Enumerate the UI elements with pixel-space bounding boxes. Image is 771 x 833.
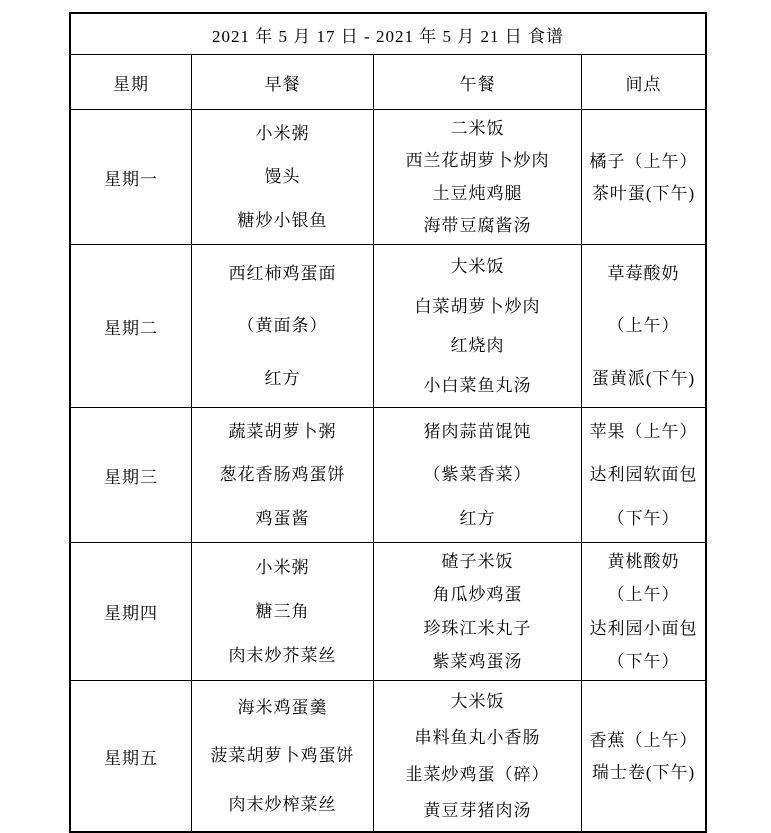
menu-item-line: 鸡蛋酱 — [256, 509, 310, 528]
snack-cell: 苹果（上午）达利园软面包（下午） — [582, 408, 705, 542]
menu-item-line: 茶叶蛋(下午) — [592, 184, 695, 203]
breakfast-cell: 海米鸡蛋羹菠菜胡萝卜鸡蛋饼肉末炒榨菜丝 — [192, 681, 374, 831]
menu-row-thursday: 星期四 小米粥糖三角肉末炒芥菜丝 碴子米饭角瓜炒鸡蛋珍珠江米丸子紫菜鸡蛋汤 黄桃… — [71, 543, 705, 681]
menu-item-line: 糖炒小银鱼 — [238, 211, 328, 230]
menu-item-line: 海带豆腐酱汤 — [424, 216, 532, 235]
header-snack: 间点 — [582, 55, 705, 109]
header-breakfast: 早餐 — [192, 55, 374, 109]
menu-item-line: 小米粥 — [256, 558, 310, 577]
lunch-cell: 大米饭串料鱼丸小香肠韭菜炒鸡蛋（碎）黄豆芽猪肉汤 — [374, 681, 582, 831]
menu-item-line: 角瓜炒鸡蛋 — [433, 585, 523, 604]
menu-item-line: 红方 — [265, 369, 301, 388]
header-lunch: 午餐 — [374, 55, 582, 109]
date-range-title: 2021 年 5 月 17 日 - 2021 年 5 月 21 日 食谱 — [212, 22, 564, 47]
menu-item-line: 达利园软面包 — [590, 465, 698, 484]
menu-item-line: 菠菜胡萝卜鸡蛋饼 — [211, 746, 355, 765]
menu-row-tuesday: 星期二 西红柿鸡蛋面（黄面条）红方 大米饭白菜胡萝卜炒肉红烧肉小白菜鱼丸汤 草莓… — [71, 245, 705, 408]
menu-item-line: 葱花香肠鸡蛋饼 — [220, 465, 346, 484]
lunch-cell: 二米饭西兰花胡萝卜炒肉土豆炖鸡腿海带豆腐酱汤 — [374, 110, 582, 244]
page: { "title": "2021 年 5 月 17 日 - 2021 年 5 月… — [0, 0, 771, 833]
menu-item-line: （紫菜香菜） — [424, 465, 532, 484]
breakfast-cell: 蔬菜胡萝卜粥葱花香肠鸡蛋饼鸡蛋酱 — [192, 408, 374, 542]
menu-item-line: 蛋黄派(下午) — [592, 369, 695, 388]
snack-cell: 黄桃酸奶（上午）达利园小面包（下午） — [582, 543, 705, 680]
lunch-cell: 猪肉蒜苗馄饨（紫菜香菜）红方 — [374, 408, 582, 542]
menu-item-line: 糖三角 — [256, 602, 310, 621]
day-cell: 星期四 — [71, 543, 192, 680]
menu-item-line: （黄面条） — [238, 316, 328, 335]
menu-item-line: 馒头 — [265, 167, 301, 186]
day-cell: 星期三 — [71, 408, 192, 542]
menu-item-line: 白菜胡萝卜炒肉 — [415, 297, 541, 316]
snack-cell: 香蕉（上午）瑞士卷(下午) — [582, 681, 705, 831]
menu-item-line: 草莓酸奶 — [608, 264, 680, 283]
lunch-cell: 碴子米饭角瓜炒鸡蛋珍珠江米丸子紫菜鸡蛋汤 — [374, 543, 582, 680]
menu-item-line: 小白菜鱼丸汤 — [424, 376, 532, 395]
menu-item-line: 韭菜炒鸡蛋（碎） — [406, 765, 550, 784]
menu-item-line: 大米饭 — [451, 257, 505, 276]
menu-item-line: 大米饭 — [451, 692, 505, 711]
menu-item-line: 蔬菜胡萝卜粥 — [229, 422, 337, 441]
breakfast-cell: 西红柿鸡蛋面（黄面条）红方 — [192, 245, 374, 407]
menu-item-line: 二米饭 — [451, 119, 505, 138]
menu-item-line: 黄桃酸奶 — [608, 552, 680, 571]
table-title-row: 2021 年 5 月 17 日 - 2021 年 5 月 21 日 食谱 — [71, 14, 705, 55]
menu-item-line: 碴子米饭 — [442, 552, 514, 571]
menu-item-line: （上午） — [608, 316, 680, 335]
menu-item-line: 红方 — [460, 509, 496, 528]
breakfast-cell: 小米粥糖三角肉末炒芥菜丝 — [192, 543, 374, 680]
table-header-row: 星期 早餐 午餐 间点 — [71, 55, 705, 110]
menu-item-line: 珍珠江米丸子 — [424, 619, 532, 638]
menu-row-friday: 星期五 海米鸡蛋羹菠菜胡萝卜鸡蛋饼肉末炒榨菜丝 大米饭串料鱼丸小香肠韭菜炒鸡蛋（… — [71, 681, 705, 831]
snack-cell: 橘子（上午）茶叶蛋(下午) — [582, 110, 705, 244]
menu-item-line: 小米粥 — [256, 124, 310, 143]
menu-item-line: （下午） — [608, 509, 680, 528]
menu-item-line: 苹果（上午） — [590, 422, 698, 441]
menu-item-line: 橘子（上午） — [590, 152, 698, 171]
header-day: 星期 — [71, 55, 192, 109]
menu-item-line: 海米鸡蛋羹 — [238, 698, 328, 717]
menu-item-line: 西兰花胡萝卜炒肉 — [406, 151, 550, 170]
weekly-menu-table: 2021 年 5 月 17 日 - 2021 年 5 月 21 日 食谱 星期 … — [69, 12, 707, 833]
snack-cell: 草莓酸奶（上午）蛋黄派(下午) — [582, 245, 705, 407]
menu-item-line: 紫菜鸡蛋汤 — [433, 652, 523, 671]
menu-item-line: 西红柿鸡蛋面 — [229, 264, 337, 283]
lunch-cell: 大米饭白菜胡萝卜炒肉红烧肉小白菜鱼丸汤 — [374, 245, 582, 407]
menu-item-line: （上午） — [608, 585, 680, 604]
breakfast-cell: 小米粥馒头糖炒小银鱼 — [192, 110, 374, 244]
menu-item-line: 土豆炖鸡腿 — [433, 184, 523, 203]
menu-item-line: （下午） — [608, 652, 680, 671]
menu-item-line: 串料鱼丸小香肠 — [415, 728, 541, 747]
day-cell: 星期五 — [71, 681, 192, 831]
menu-item-line: 黄豆芽猪肉汤 — [424, 801, 532, 820]
menu-item-line: 红烧肉 — [451, 336, 505, 355]
menu-item-line: 瑞士卷(下午) — [592, 763, 695, 782]
menu-item-line: 肉末炒芥菜丝 — [229, 646, 337, 665]
menu-row-monday: 星期一 小米粥馒头糖炒小银鱼 二米饭西兰花胡萝卜炒肉土豆炖鸡腿海带豆腐酱汤 橘子… — [71, 110, 705, 245]
menu-row-wednesday: 星期三 蔬菜胡萝卜粥葱花香肠鸡蛋饼鸡蛋酱 猪肉蒜苗馄饨（紫菜香菜）红方 苹果（上… — [71, 408, 705, 543]
menu-item-line: 香蕉（上午） — [590, 731, 698, 750]
menu-item-line: 肉末炒榨菜丝 — [229, 795, 337, 814]
day-cell: 星期一 — [71, 110, 192, 244]
menu-item-line: 猪肉蒜苗馄饨 — [424, 422, 532, 441]
menu-item-line: 达利园小面包 — [590, 619, 698, 638]
day-cell: 星期二 — [71, 245, 192, 407]
